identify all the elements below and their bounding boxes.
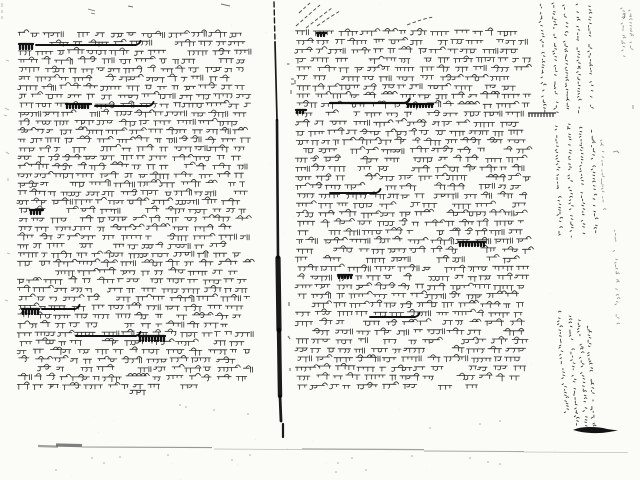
paper-background <box>0 0 640 480</box>
manuscript-scan <box>0 0 640 480</box>
manuscript-svg <box>0 0 640 480</box>
